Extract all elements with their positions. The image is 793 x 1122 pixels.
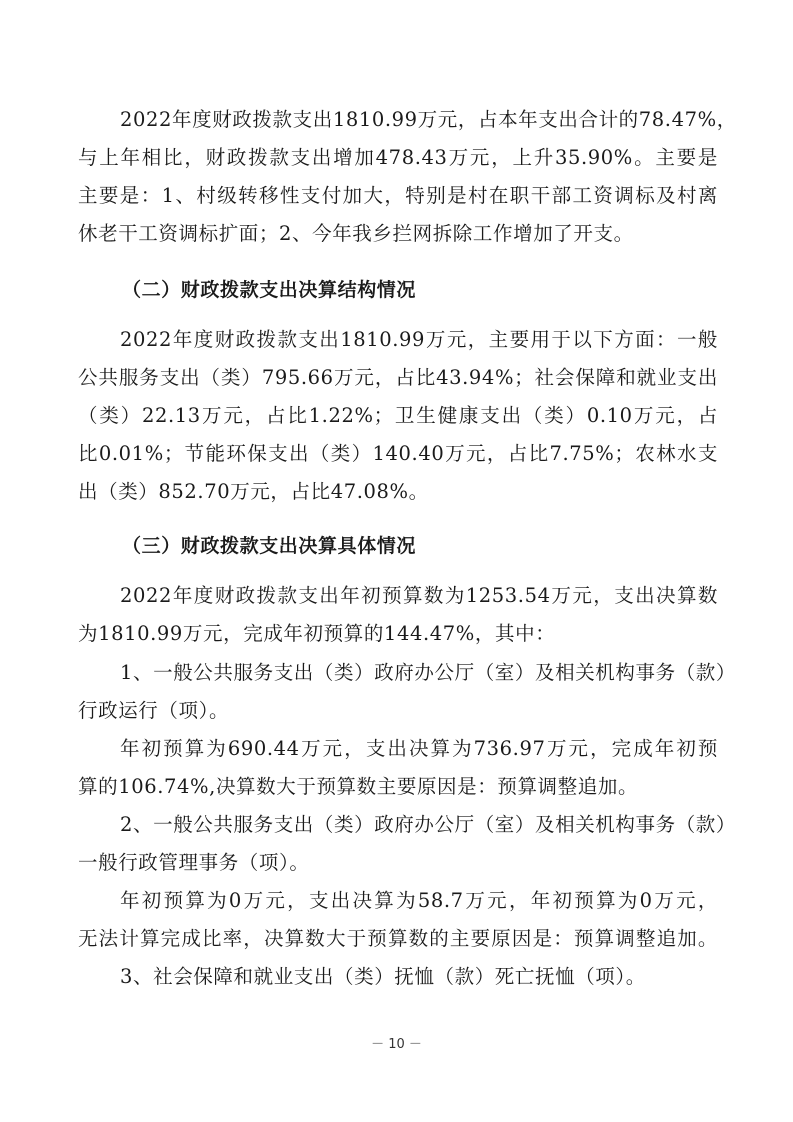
paragraph-line: 3、社会保障和就业支出（类）抚恤（款）死亡抚恤（项）。 xyxy=(120,965,718,989)
paragraph-line: （类）22.13万元，占比1.22%；卫生健康支出（类）0.10万元，占 xyxy=(78,404,718,428)
paragraph-line: 比0.01%；节能环保支出（类）140.40万元，占比7.75%；农林水支 xyxy=(78,442,718,466)
paragraph-line: 行政运行（项）。 xyxy=(78,699,718,723)
section-heading-3: （三）财政拨款支出决算具体情况 xyxy=(122,534,762,558)
paragraph-line: 年初预算为690.44万元，支出决算为736.97万元，完成年初预 xyxy=(120,737,718,761)
paragraph-line: 2022年度财政拨款支出1810.99万元，主要用于以下方面：一般 xyxy=(120,328,718,352)
paragraph-line: 2022年度财政拨款支出年初预算数为1253.54万元，支出决算数 xyxy=(120,584,718,608)
paragraph-line: 出（类）852.70万元，占比47.08%。 xyxy=(78,480,718,504)
paragraph-line: 一般行政管理事务（项）。 xyxy=(78,851,718,875)
paragraph-line: 无法计算完成比率，决算数大于预算数的主要原因是：预算调整追加。 xyxy=(78,927,718,951)
paragraph-line: 公共服务支出（类）795.66万元，占比43.94%；社会保障和就业支出 xyxy=(78,366,718,390)
section-heading-2: （二）财政拨款支出决算结构情况 xyxy=(122,278,762,302)
paragraph-line: 主要是：1、村级转移性支付加大，特别是村在职干部工资调标及村离 xyxy=(78,184,718,208)
paragraph-line: 算的106.74%,决算数大于预算数主要原因是：预算调整追加。 xyxy=(78,775,718,799)
paragraph-line: 2022年度财政拨款支出1810.99万元，占本年支出合计的78.47%， xyxy=(120,108,718,132)
document-page: 2022年度财政拨款支出1810.99万元，占本年支出合计的78.47%， 与上… xyxy=(0,0,793,1122)
paragraph-line: 1、一般公共服务支出（类）政府办公厅（室）及相关机构事务（款） xyxy=(120,661,718,685)
paragraph-line: 休老干工资调标扩面；2、今年我乡拦网拆除工作增加了开支。 xyxy=(78,222,718,246)
paragraph-line: 与上年相比，财政拨款支出增加478.43万元，上升35.90%。主要是 xyxy=(78,146,718,170)
paragraph-line: 年初预算为0万元，支出决算为58.7万元，年初预算为0万元， xyxy=(120,889,718,913)
paragraph-line: 为1810.99万元，完成年初预算的144.47%，其中： xyxy=(78,622,718,646)
paragraph-line: 2、一般公共服务支出（类）政府办公厅（室）及相关机构事务（款） xyxy=(120,813,718,837)
page-number: － 10 － xyxy=(0,1033,793,1052)
